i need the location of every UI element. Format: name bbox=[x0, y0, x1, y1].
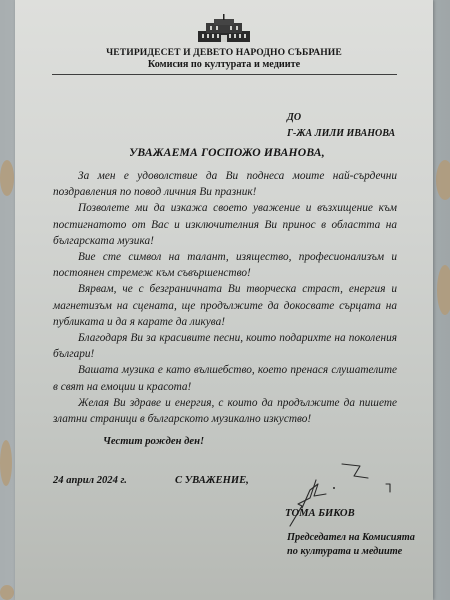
letterhead: ЧЕТИРИДЕСЕТ И ДЕВЕТО НАРОДНО СЪБРАНИЕ Ко… bbox=[15, 14, 433, 70]
paragraph: Позволете ми да изкажа своето уважение и… bbox=[53, 200, 397, 249]
salutation: УВАЖАЕМА ГОСПОЖО ИВАНОВА, bbox=[15, 146, 433, 159]
tablecloth-ornament bbox=[0, 585, 14, 600]
birthday-greeting: Честит рожден ден! bbox=[103, 436, 204, 447]
paragraph: Благодаря Ви за красивите песни, които п… bbox=[53, 330, 397, 362]
paragraph: За мен е удоволствие да Ви поднеса моите… bbox=[53, 168, 397, 200]
letter-paper: ЧЕТИРИДЕСЕТ И ДЕВЕТО НАРОДНО СЪБРАНИЕ Ко… bbox=[15, 0, 433, 600]
paragraph: Вие сте символ на талант, изящество, про… bbox=[53, 249, 397, 281]
closing-phrase: С УВАЖЕНИЕ, bbox=[175, 475, 249, 486]
tablecloth-ornament bbox=[0, 440, 12, 486]
recipient-to-label: ДО bbox=[287, 112, 301, 123]
paragraph: Вашата музика е като вълшебство, което п… bbox=[53, 362, 397, 394]
institution-name: ЧЕТИРИДЕСЕТ И ДЕВЕТО НАРОДНО СЪБРАНИЕ bbox=[15, 47, 433, 58]
letter-date: 24 април 2024 г. bbox=[53, 475, 127, 486]
committee-name: Комисия по културата и медиите bbox=[15, 59, 433, 70]
signatory-title-line: Председател на Комисията bbox=[287, 531, 415, 545]
signatory-title: Председател на Комисията по културата и … bbox=[287, 531, 415, 559]
letter-body: За мен е удоволствие да Ви поднеса моите… bbox=[53, 168, 397, 427]
paragraph: Вярвам, че с безграничната Ви творческа … bbox=[53, 281, 397, 330]
tablecloth-ornament bbox=[0, 160, 14, 196]
header-divider bbox=[52, 74, 397, 75]
parliament-building-icon bbox=[196, 14, 252, 44]
signatory-name: ТОМА БИКОВ bbox=[285, 508, 355, 519]
recipient-name: Г-ЖА ЛИЛИ ИВАНОВА bbox=[287, 128, 395, 139]
tablecloth-ornament bbox=[437, 265, 450, 315]
signatory-title-line: по културата и медиите bbox=[287, 545, 415, 559]
paragraph: Желая Ви здраве и енергия, с които да пр… bbox=[53, 395, 397, 427]
tablecloth-ornament bbox=[436, 160, 450, 200]
